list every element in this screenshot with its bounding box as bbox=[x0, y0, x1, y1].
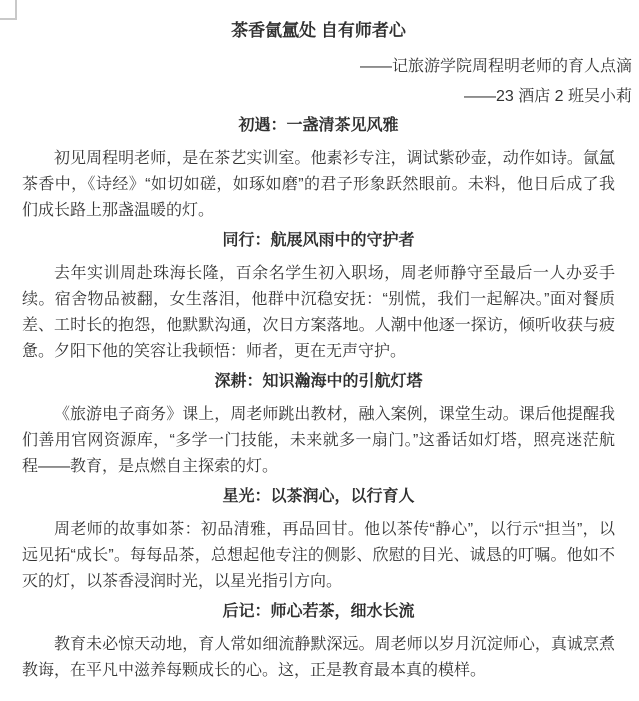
section-heading-3: 深耕：知识瀚海中的引航灯塔 bbox=[22, 373, 615, 390]
section-body-5: 教育未必惊天动地，育人常如细流静默深远。周老师以岁月沉淀师心，真诚烹煮教诲，在平… bbox=[22, 632, 615, 684]
byline-author: ——23 酒店 2 班吴小莉 bbox=[22, 88, 632, 105]
section-heading-5: 后记：师心若茶，细水长流 bbox=[22, 603, 615, 620]
section-heading-1: 初遇：一盏清茶见风雅 bbox=[22, 117, 615, 134]
section-body-1: 初见周程明老师，是在茶艺实训室。他素衫专注，调试紫砂壶，动作如诗。氤氲茶香中，《… bbox=[22, 146, 615, 224]
document-body: 茶香氤氲处 自有师者心 ——记旅游学院周程明老师的育人点滴 ——23 酒店 2 … bbox=[0, 0, 639, 684]
section-heading-2: 同行：航展风雨中的守护者 bbox=[22, 232, 615, 249]
section-heading-4: 星光：以茶润心，以行育人 bbox=[22, 488, 615, 505]
section-body-2: 去年实训周赴珠海长隆，百余名学生初入职场，周老师静守至最后一人办妥手续。宿舍物品… bbox=[22, 261, 615, 365]
byline-dedication: ——记旅游学院周程明老师的育人点滴 bbox=[22, 58, 632, 75]
page-title: 茶香氤氲处 自有师者心 bbox=[22, 22, 615, 40]
document-page: 茶香氤氲处 自有师者心 ——记旅游学院周程明老师的育人点滴 ——23 酒店 2 … bbox=[0, 0, 639, 701]
section-body-3: 《旅游电子商务》课上，周老师跳出教材，融入案例，课堂生动。课后他提醒我们善用官网… bbox=[22, 402, 615, 480]
section-body-4: 周老师的故事如茶：初品清雅，再品回甘。他以茶传“静心”，以行示“担当”，以远见拓… bbox=[22, 517, 615, 595]
